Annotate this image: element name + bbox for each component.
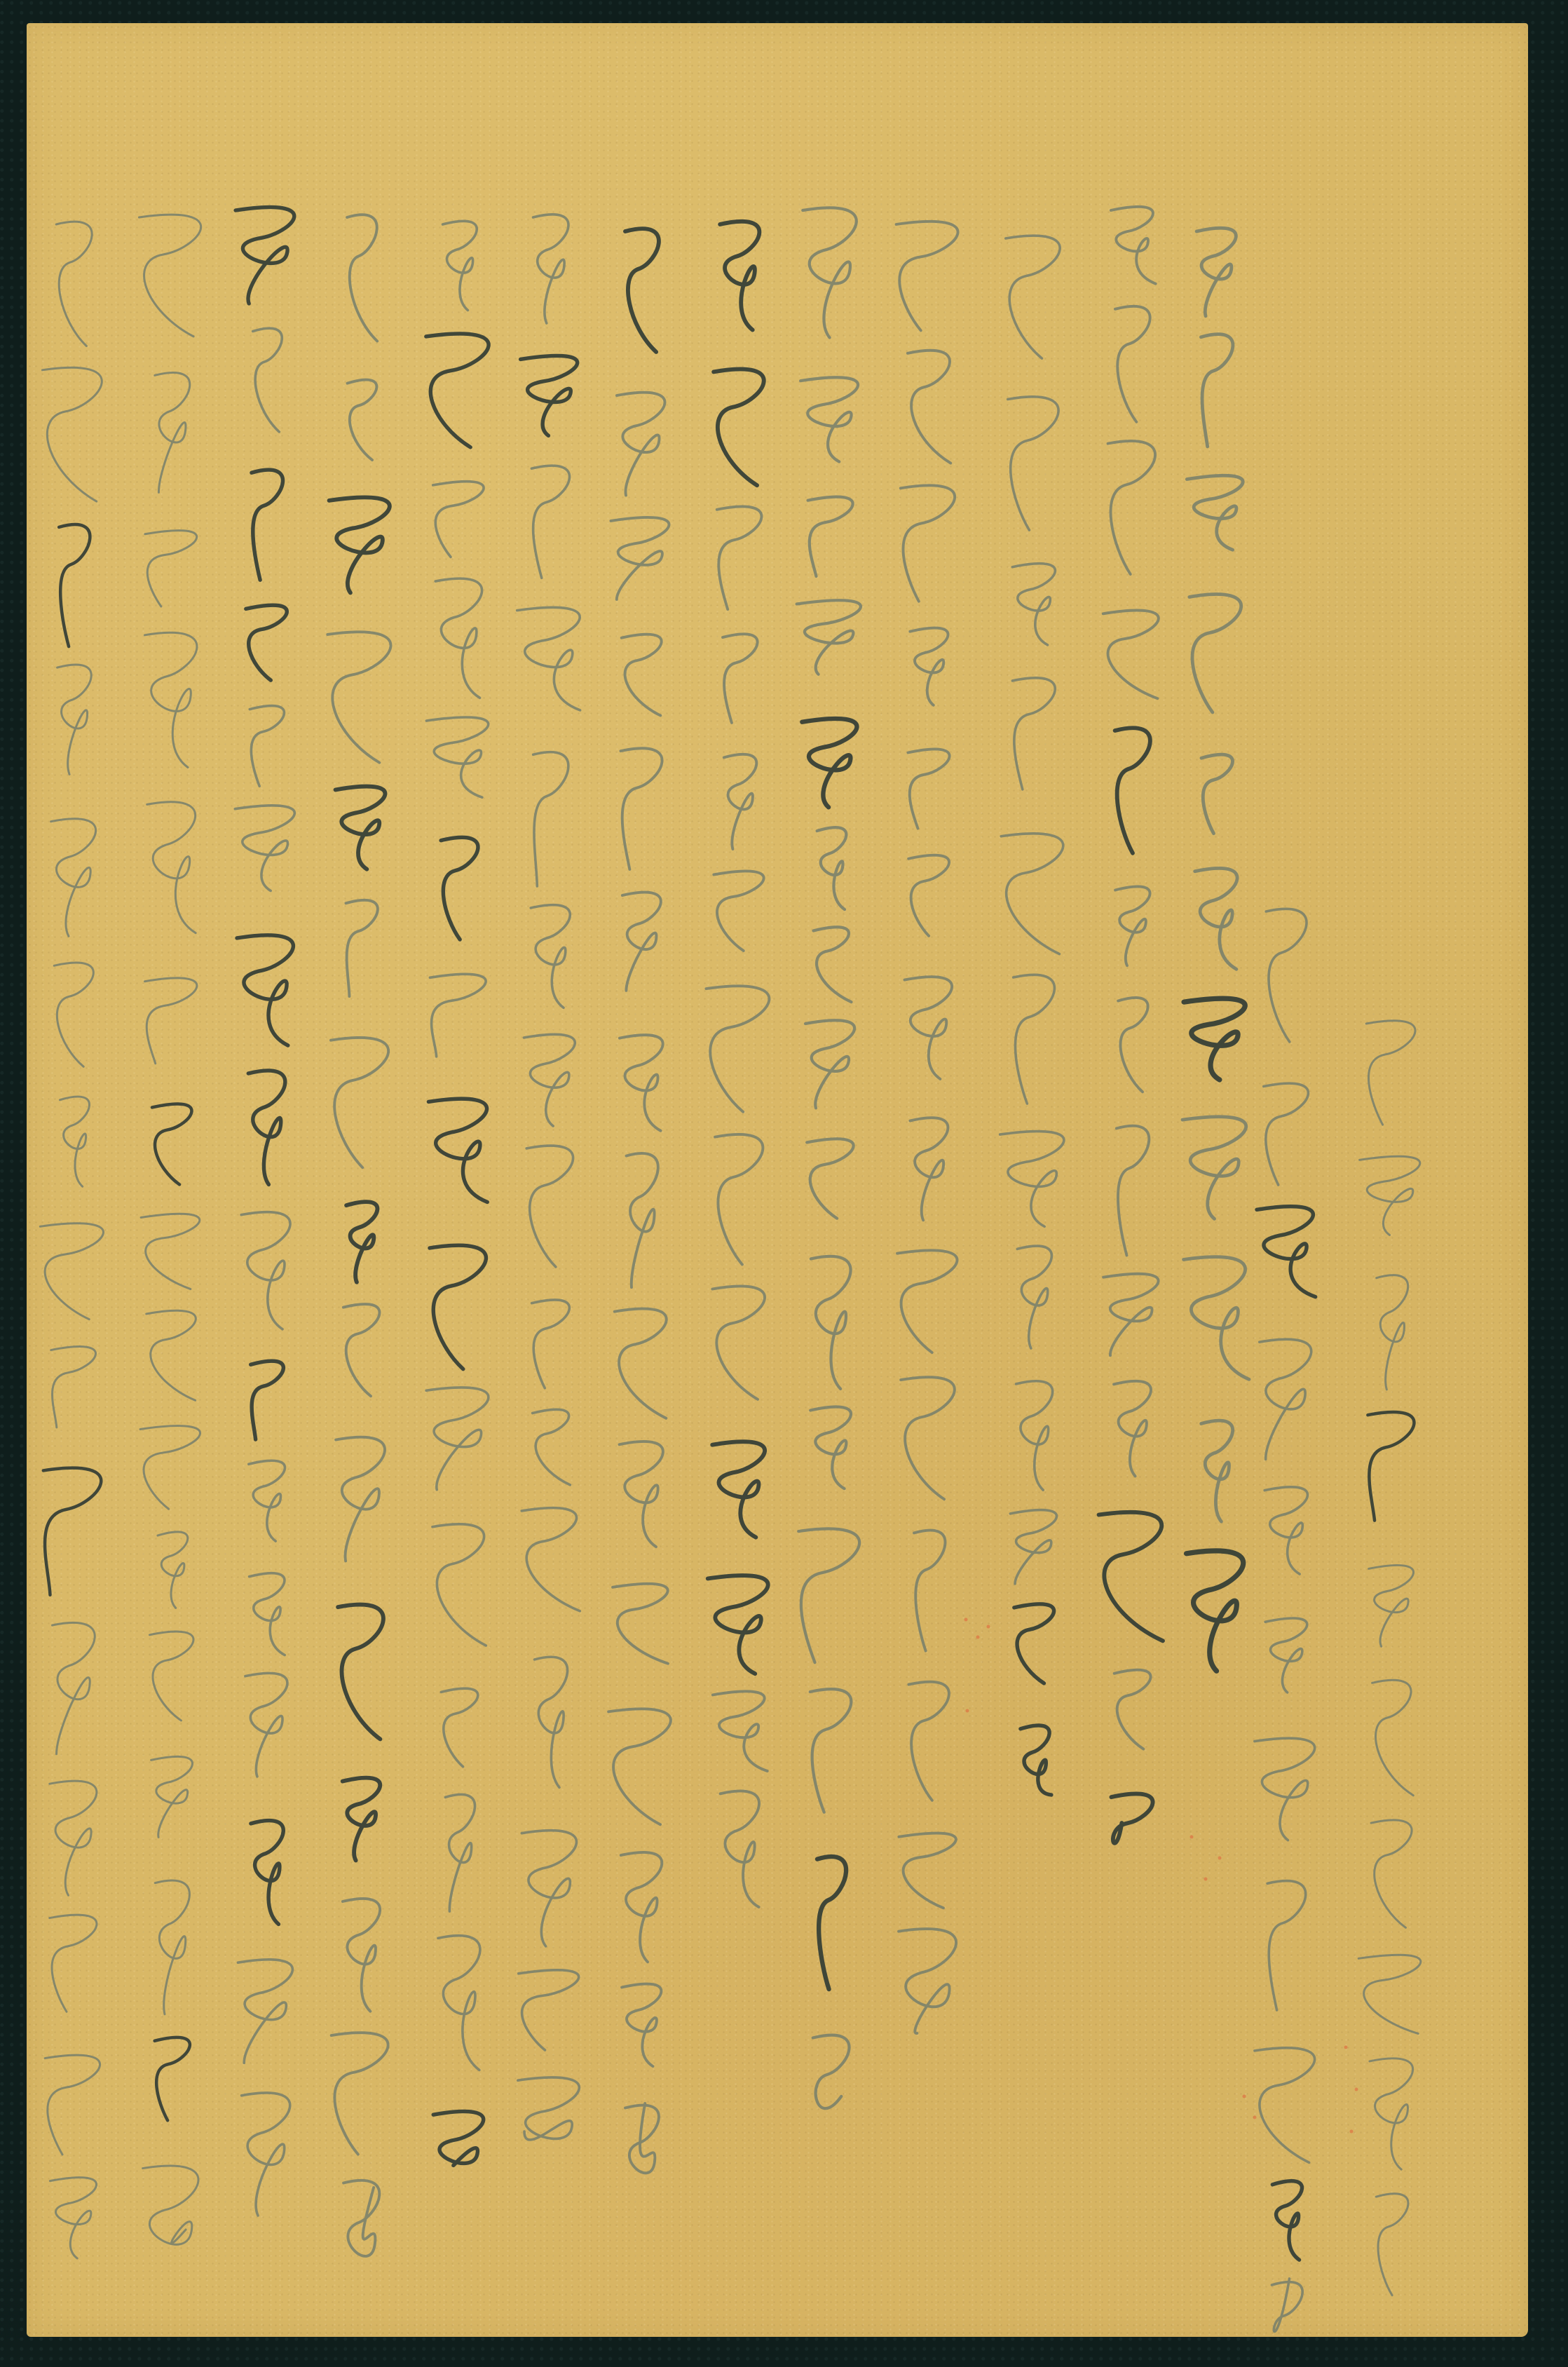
pencil-stroke bbox=[50, 1781, 97, 1895]
pencil-stroke bbox=[242, 2093, 290, 2216]
pencil-stroke bbox=[338, 1605, 383, 1739]
handwritten-column bbox=[139, 215, 200, 2244]
pencil-stroke bbox=[1000, 1132, 1064, 1227]
handwritten-column bbox=[706, 222, 769, 1907]
pencil-stroke bbox=[914, 1531, 945, 1651]
pencil-stroke bbox=[897, 1250, 957, 1352]
pencil-stroke bbox=[1201, 754, 1233, 834]
handwriting-layer bbox=[27, 23, 1528, 2337]
pencil-stroke bbox=[445, 1794, 475, 1911]
handwritten-column bbox=[40, 222, 103, 2258]
pencil-stroke bbox=[1257, 1207, 1316, 1297]
pencil-stroke bbox=[713, 1691, 768, 1771]
pencil-stroke bbox=[1187, 1551, 1243, 1671]
red-ink-speckle bbox=[1218, 1857, 1222, 1860]
pencil-stroke bbox=[348, 380, 377, 460]
handwritten-column bbox=[897, 222, 958, 2033]
pencil-stroke bbox=[526, 1146, 573, 1267]
postcard bbox=[27, 23, 1528, 2337]
pencil-stroke bbox=[908, 351, 950, 463]
handwritten-column bbox=[1358, 1021, 1421, 2295]
pencil-stroke bbox=[1010, 1510, 1056, 1584]
pencil-stroke bbox=[1377, 1275, 1408, 1390]
pencil-stroke bbox=[249, 1460, 285, 1541]
pencil-stroke bbox=[441, 1688, 477, 1767]
pencil-stroke bbox=[533, 215, 568, 323]
pencil-stroke bbox=[1264, 1083, 1309, 1185]
pencil-stroke bbox=[152, 1104, 191, 1184]
pencil-stroke bbox=[617, 393, 665, 496]
pencil-stroke bbox=[151, 1756, 193, 1837]
handwritten-column bbox=[608, 229, 671, 2173]
pencil-stroke bbox=[1111, 207, 1156, 284]
pencil-stroke bbox=[524, 1034, 575, 1126]
pencil-stroke bbox=[251, 1361, 284, 1439]
pencil-stroke bbox=[811, 1256, 851, 1389]
pencil-stroke bbox=[50, 1915, 97, 2012]
pencil-stroke bbox=[438, 1936, 480, 2070]
pencil-stroke bbox=[60, 1097, 89, 1186]
pencil-stroke bbox=[51, 1347, 96, 1427]
pencil-stroke bbox=[1021, 1725, 1051, 1795]
pencil-stroke bbox=[1371, 1820, 1412, 1927]
pencil-stroke bbox=[802, 719, 857, 807]
pencil-stroke bbox=[1099, 1512, 1163, 1641]
pencil-stroke bbox=[238, 1960, 292, 2063]
pencil-stroke bbox=[608, 1709, 671, 1824]
pencil-stroke bbox=[336, 787, 386, 869]
pencil-stroke bbox=[140, 1426, 200, 1510]
pencil-stroke bbox=[1272, 2181, 1302, 2260]
pencil-stroke bbox=[714, 871, 763, 951]
pencil-stroke bbox=[1369, 1565, 1414, 1646]
pencil-stroke bbox=[443, 221, 477, 310]
pencil-stroke bbox=[721, 1791, 759, 1907]
pencil-stroke bbox=[56, 222, 92, 346]
pencil-stroke bbox=[1114, 1670, 1151, 1749]
pencil-stroke bbox=[59, 524, 90, 646]
handwritten-column bbox=[1255, 909, 1316, 2331]
pencil-stroke bbox=[50, 2178, 96, 2258]
pencil-stroke bbox=[1260, 1339, 1311, 1459]
pencil-stroke bbox=[235, 806, 294, 891]
pencil-stroke bbox=[797, 600, 861, 674]
pencil-stroke bbox=[250, 706, 284, 787]
pencil-stroke bbox=[343, 1778, 381, 1861]
pencil-stroke bbox=[810, 1407, 851, 1489]
pencil-stroke bbox=[712, 1442, 765, 1537]
pencil-stroke bbox=[1115, 886, 1150, 965]
pencil-stroke bbox=[336, 1437, 385, 1561]
pencil-stroke bbox=[817, 1857, 846, 1989]
pencil-stroke bbox=[531, 905, 570, 1008]
pencil-stroke bbox=[430, 974, 486, 1057]
pencil-stroke bbox=[144, 632, 197, 767]
pencil-stroke bbox=[1255, 1738, 1315, 1840]
pencil-stroke bbox=[1014, 975, 1055, 1104]
pencil-stroke bbox=[803, 208, 857, 337]
pencil-stroke bbox=[715, 1134, 763, 1265]
pencil-stroke bbox=[54, 963, 93, 1066]
pencil-stroke bbox=[517, 607, 580, 710]
pencil-stroke bbox=[241, 1212, 290, 1329]
pencil-stroke bbox=[625, 229, 659, 352]
pencil-stroke bbox=[346, 1202, 377, 1282]
pencil-stroke bbox=[724, 754, 756, 849]
pencil-stroke bbox=[712, 1286, 765, 1399]
pencil-stroke bbox=[521, 1508, 580, 1611]
pencil-stroke bbox=[252, 470, 283, 580]
handwritten-column bbox=[1000, 236, 1064, 1795]
pencil-stroke bbox=[1114, 1381, 1151, 1477]
pencil-stroke bbox=[1197, 228, 1236, 316]
pencil-stroke bbox=[621, 1852, 662, 1962]
pencil-stroke bbox=[521, 355, 578, 435]
pencil-stroke bbox=[706, 986, 769, 1111]
pencil-stroke bbox=[622, 635, 662, 716]
red-ink-speckle bbox=[964, 1618, 968, 1622]
pencil-stroke bbox=[1195, 868, 1237, 969]
pencil-stroke bbox=[428, 1099, 487, 1202]
pencil-stroke bbox=[1187, 475, 1243, 550]
pencil-stroke bbox=[910, 1118, 948, 1220]
pencil-stroke bbox=[1008, 397, 1058, 530]
red-ink-speckle bbox=[987, 1625, 990, 1629]
pencil-stroke bbox=[1255, 2048, 1315, 2162]
pencil-stroke bbox=[1368, 1412, 1414, 1521]
pencil-stroke bbox=[43, 1468, 101, 1595]
pencil-stroke bbox=[1001, 834, 1063, 954]
pencil-stroke bbox=[1108, 441, 1155, 574]
pencil-stroke bbox=[347, 215, 377, 341]
pencil-stroke bbox=[1115, 306, 1150, 422]
pencil-stroke bbox=[908, 749, 949, 828]
pencil-stroke bbox=[901, 485, 955, 601]
pencil-stroke bbox=[250, 1573, 285, 1655]
pencil-stroke bbox=[145, 978, 197, 1064]
pencil-stroke bbox=[245, 1673, 287, 1776]
handwritten-column bbox=[797, 208, 861, 2108]
pencil-stroke bbox=[1103, 611, 1159, 699]
pencil-stroke bbox=[40, 1223, 103, 1320]
pencil-stroke bbox=[343, 2181, 379, 2256]
pencil-stroke bbox=[899, 1929, 956, 2033]
pencil-stroke bbox=[611, 517, 669, 599]
pencil-stroke bbox=[1184, 1257, 1249, 1380]
pencil-stroke bbox=[723, 634, 758, 723]
pencil-stroke bbox=[433, 482, 484, 557]
pencil-stroke bbox=[533, 1409, 571, 1485]
pencil-stroke bbox=[1017, 1246, 1051, 1348]
pencil-stroke bbox=[714, 369, 764, 485]
red-ink-speckle bbox=[1190, 1836, 1194, 1839]
pencil-stroke bbox=[1103, 1274, 1158, 1355]
pencil-stroke bbox=[237, 935, 293, 1045]
pencil-stroke bbox=[441, 837, 478, 940]
pencil-stroke bbox=[910, 628, 948, 705]
pencil-stroke bbox=[329, 497, 390, 592]
pencil-stroke bbox=[798, 1528, 859, 1662]
pencil-stroke bbox=[625, 2103, 659, 2173]
red-ink-speckle bbox=[1344, 2046, 1348, 2049]
pencil-stroke bbox=[57, 665, 92, 774]
pencil-stroke bbox=[143, 2166, 198, 2244]
pencil-stroke bbox=[45, 2055, 100, 2155]
handwritten-column bbox=[327, 215, 390, 2256]
pencil-stroke bbox=[1118, 998, 1147, 1092]
pencil-stroke bbox=[236, 208, 294, 304]
pencil-stroke bbox=[908, 1682, 948, 1800]
pencil-stroke bbox=[534, 1657, 567, 1787]
red-ink-speckle bbox=[966, 1709, 969, 1713]
pencil-stroke bbox=[141, 1214, 200, 1289]
handwritten-column bbox=[517, 215, 580, 2140]
handwritten-column bbox=[1099, 207, 1163, 1843]
pencil-stroke bbox=[149, 1632, 193, 1721]
pencil-stroke bbox=[1014, 1604, 1054, 1683]
pencil-stroke bbox=[901, 1377, 955, 1499]
pencil-stroke bbox=[620, 748, 662, 869]
pencil-stroke bbox=[435, 578, 482, 698]
pencil-stroke bbox=[1376, 2194, 1408, 2295]
red-ink-speckle bbox=[1253, 2116, 1257, 2120]
handwritten-column bbox=[426, 221, 489, 2165]
pencil-stroke bbox=[805, 1020, 854, 1108]
pencil-stroke bbox=[145, 531, 197, 606]
red-ink-speckle bbox=[1243, 2095, 1246, 2098]
pencil-stroke bbox=[531, 466, 569, 578]
pencil-stroke bbox=[813, 2035, 850, 2109]
pencil-stroke bbox=[1182, 1117, 1246, 1219]
pencil-stroke bbox=[430, 1245, 486, 1369]
pencil-stroke bbox=[622, 1984, 661, 2067]
pencil-stroke bbox=[426, 334, 489, 447]
pencil-stroke bbox=[426, 1388, 489, 1490]
pencil-stroke bbox=[905, 977, 953, 1079]
pencil-stroke bbox=[155, 372, 190, 492]
pencil-stroke bbox=[253, 328, 282, 432]
handwritten-column bbox=[1182, 228, 1249, 1671]
handwritten-column bbox=[235, 208, 294, 2216]
pencil-stroke bbox=[1016, 1381, 1053, 1490]
red-ink-speckle bbox=[1204, 1878, 1208, 1881]
pencil-stroke bbox=[146, 1310, 196, 1400]
pencil-stroke bbox=[533, 752, 568, 886]
pencil-stroke bbox=[1265, 1618, 1307, 1693]
pencil-stroke bbox=[343, 1304, 380, 1396]
pencil-stroke bbox=[1189, 595, 1241, 712]
pencil-stroke bbox=[51, 819, 96, 936]
pencil-stroke bbox=[42, 367, 102, 501]
pencil-stroke bbox=[155, 1880, 189, 2014]
pencil-stroke bbox=[521, 1831, 576, 1946]
pencil-stroke bbox=[613, 1584, 668, 1664]
red-ink-speckle bbox=[1355, 2088, 1358, 2091]
pencil-stroke bbox=[331, 1038, 388, 1167]
pencil-stroke bbox=[620, 1442, 663, 1547]
pencil-stroke bbox=[807, 1139, 853, 1218]
pencil-stroke bbox=[1117, 1126, 1149, 1256]
pencil-stroke bbox=[1012, 564, 1055, 645]
pencil-stroke bbox=[720, 222, 759, 330]
pencil-stroke bbox=[717, 506, 762, 609]
pencil-stroke bbox=[518, 2077, 580, 2140]
pencil-stroke bbox=[1370, 2059, 1413, 2169]
pencil-stroke bbox=[810, 1689, 852, 1812]
pencil-stroke bbox=[327, 632, 390, 762]
pencil-stroke bbox=[139, 215, 200, 337]
pencil-stroke bbox=[899, 1833, 955, 1908]
pencil-stroke bbox=[1006, 236, 1060, 358]
pencil-stroke bbox=[800, 377, 858, 461]
pencil-stroke bbox=[433, 2111, 483, 2165]
pencil-stroke bbox=[808, 497, 853, 576]
pencil-stroke bbox=[1264, 1487, 1307, 1574]
pencil-stroke bbox=[426, 717, 488, 797]
pencil-stroke bbox=[814, 927, 852, 1002]
pencil-stroke bbox=[155, 2037, 190, 2120]
pencil-stroke bbox=[519, 1970, 579, 2050]
pencil-stroke bbox=[620, 1035, 663, 1131]
pencil-stroke bbox=[622, 893, 661, 991]
pencil-stroke bbox=[1184, 998, 1245, 1080]
pencil-stroke bbox=[615, 1309, 667, 1418]
pencil-stroke bbox=[147, 802, 196, 933]
pencil-stroke bbox=[1201, 334, 1233, 447]
pencil-stroke bbox=[1201, 1420, 1233, 1521]
pencil-stroke bbox=[1111, 1793, 1152, 1843]
pencil-stroke bbox=[1372, 1680, 1414, 1795]
pencil-stroke bbox=[1115, 728, 1150, 853]
pencil-stroke bbox=[1272, 2279, 1302, 2331]
pencil-stroke bbox=[158, 1532, 188, 1608]
pencil-stroke bbox=[251, 1821, 283, 1925]
pencil-stroke bbox=[343, 1899, 380, 2012]
pencil-stroke bbox=[908, 855, 949, 936]
pencil-stroke bbox=[1267, 1881, 1306, 2010]
pencil-stroke bbox=[817, 827, 847, 909]
pencil-stroke bbox=[897, 222, 958, 330]
pencil-stroke bbox=[532, 1300, 570, 1388]
pencil-stroke bbox=[346, 900, 377, 996]
pencil-stroke bbox=[627, 1153, 658, 1287]
pencil-stroke bbox=[1360, 1156, 1420, 1235]
pencil-stroke bbox=[1266, 909, 1307, 1042]
pencil-stroke bbox=[332, 2033, 388, 2154]
pencil-stroke bbox=[1358, 1955, 1421, 2033]
red-ink-speckle bbox=[976, 1636, 980, 1639]
pencil-stroke bbox=[432, 1524, 486, 1646]
red-ink-speckle bbox=[1350, 2130, 1354, 2134]
pencil-stroke bbox=[52, 1622, 95, 1754]
pencil-stroke bbox=[246, 605, 287, 680]
pencil-stroke bbox=[1012, 678, 1055, 789]
pencil-stroke bbox=[708, 1575, 768, 1674]
pencil-stroke bbox=[248, 1071, 285, 1185]
pencil-stroke bbox=[1366, 1021, 1415, 1125]
